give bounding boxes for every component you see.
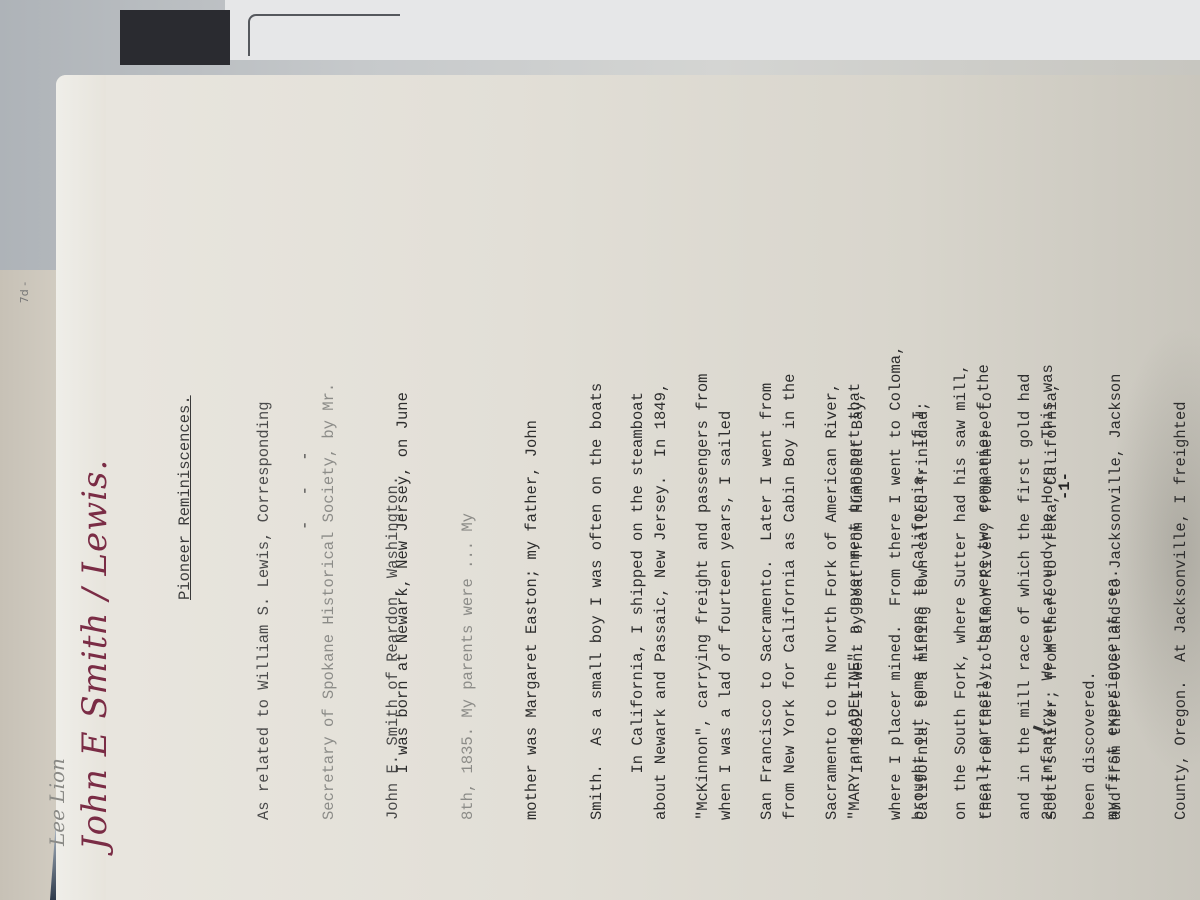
text-line: County, Oregon. At Jacksonville, I freig… xyxy=(1171,374,1193,820)
typed-document: Lee Lion John E Smith / Lewis. Pioneer R… xyxy=(195,60,995,860)
text-line: mother was Margaret Easton; my father, J… xyxy=(522,364,544,820)
text-line: and from there overland to Jacksonville,… xyxy=(1106,374,1128,820)
paragraph-1852: In 1852 I went by boat from Humboldt Bay… xyxy=(805,374,1200,820)
attribution-line: Secretary of Spokane Historical Society,… xyxy=(319,383,341,820)
page-number: -1- xyxy=(1055,472,1077,500)
text-line: I was born at Newark, New Jersey, on Jun… xyxy=(393,364,415,820)
text-line: 8th, 1835. My parents were ... My xyxy=(458,364,480,820)
handwritten-name: John E Smith / Lewis. xyxy=(85,459,107,850)
handwritten-faint-note: Lee Lion xyxy=(47,758,69,846)
text-line: Scott's River; from there to Yreka, Cali… xyxy=(1042,374,1064,820)
text-line: In California, I shipped on the steamboa… xyxy=(628,346,650,820)
document-title: Pioneer Reminiscences. xyxy=(175,395,197,600)
attribution-line: As related to William S. Lewis, Correspo… xyxy=(254,383,276,820)
text-line: In 1852 I went by boat from Humboldt Bay… xyxy=(848,374,870,820)
handwritten-annotation: Lee Lion John E Smith / Lewis. xyxy=(77,60,137,860)
text-line: California, to a mining town called Trin… xyxy=(913,374,935,820)
text-line: then from there to Salmon River; from th… xyxy=(977,374,999,820)
background-dark-card xyxy=(120,10,230,65)
text-line: "McKinnon", carrying freight and passeng… xyxy=(693,346,715,820)
side-sheet-mark: 7d - xyxy=(18,282,31,303)
background-wire xyxy=(248,14,400,56)
section-separator: - - - xyxy=(295,443,317,530)
text-line: San Francisco to Sacramento. Later I wen… xyxy=(757,346,779,820)
